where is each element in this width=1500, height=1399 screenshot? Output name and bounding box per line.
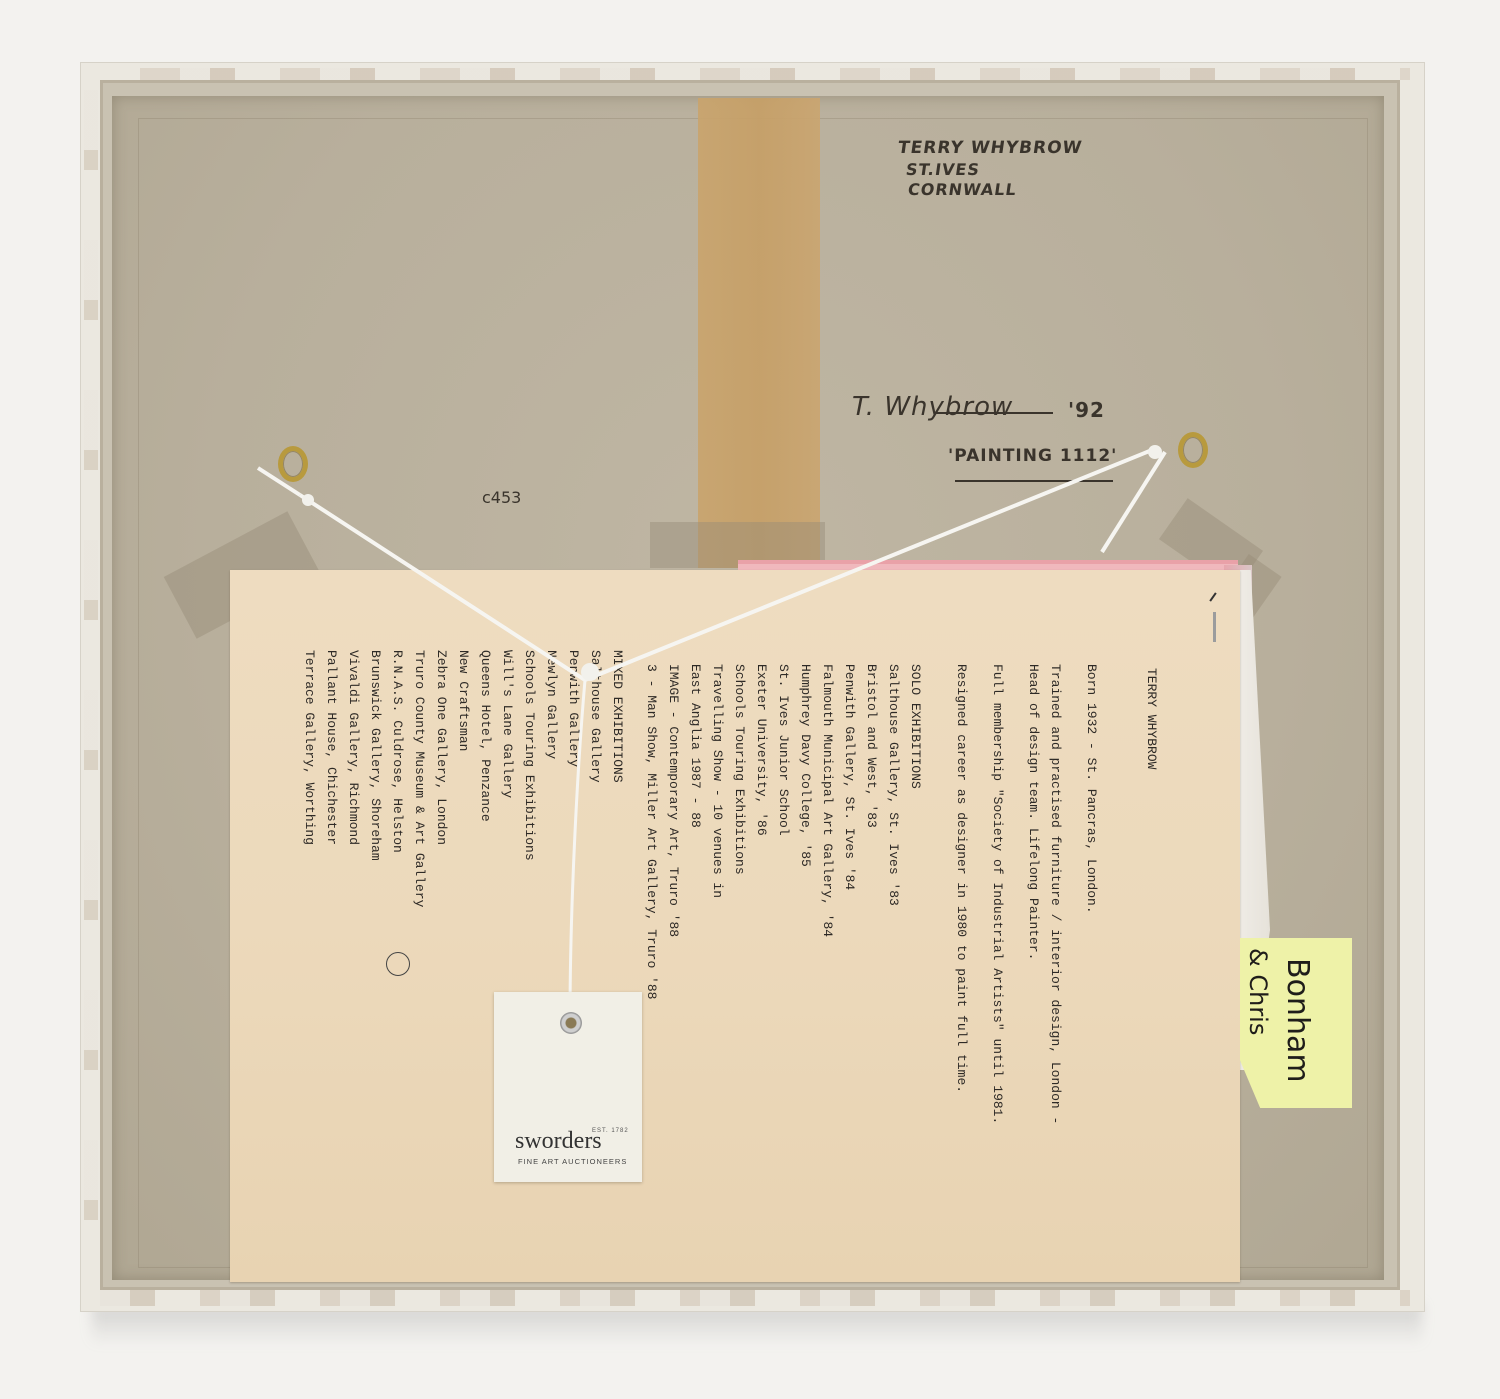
brass-ring-left	[278, 446, 308, 482]
tag-brand: sworders	[515, 1128, 602, 1155]
tag-subtitle: FINE ART AUCTIONEERS	[518, 1157, 627, 1166]
sticky-note-line1: Bonham	[1280, 958, 1315, 1083]
tag-eyelet	[560, 1012, 582, 1034]
hanging-cord	[0, 0, 1500, 1399]
brass-ring-right	[1178, 432, 1208, 468]
sticky-note-line2: & Chris	[1244, 948, 1272, 1035]
